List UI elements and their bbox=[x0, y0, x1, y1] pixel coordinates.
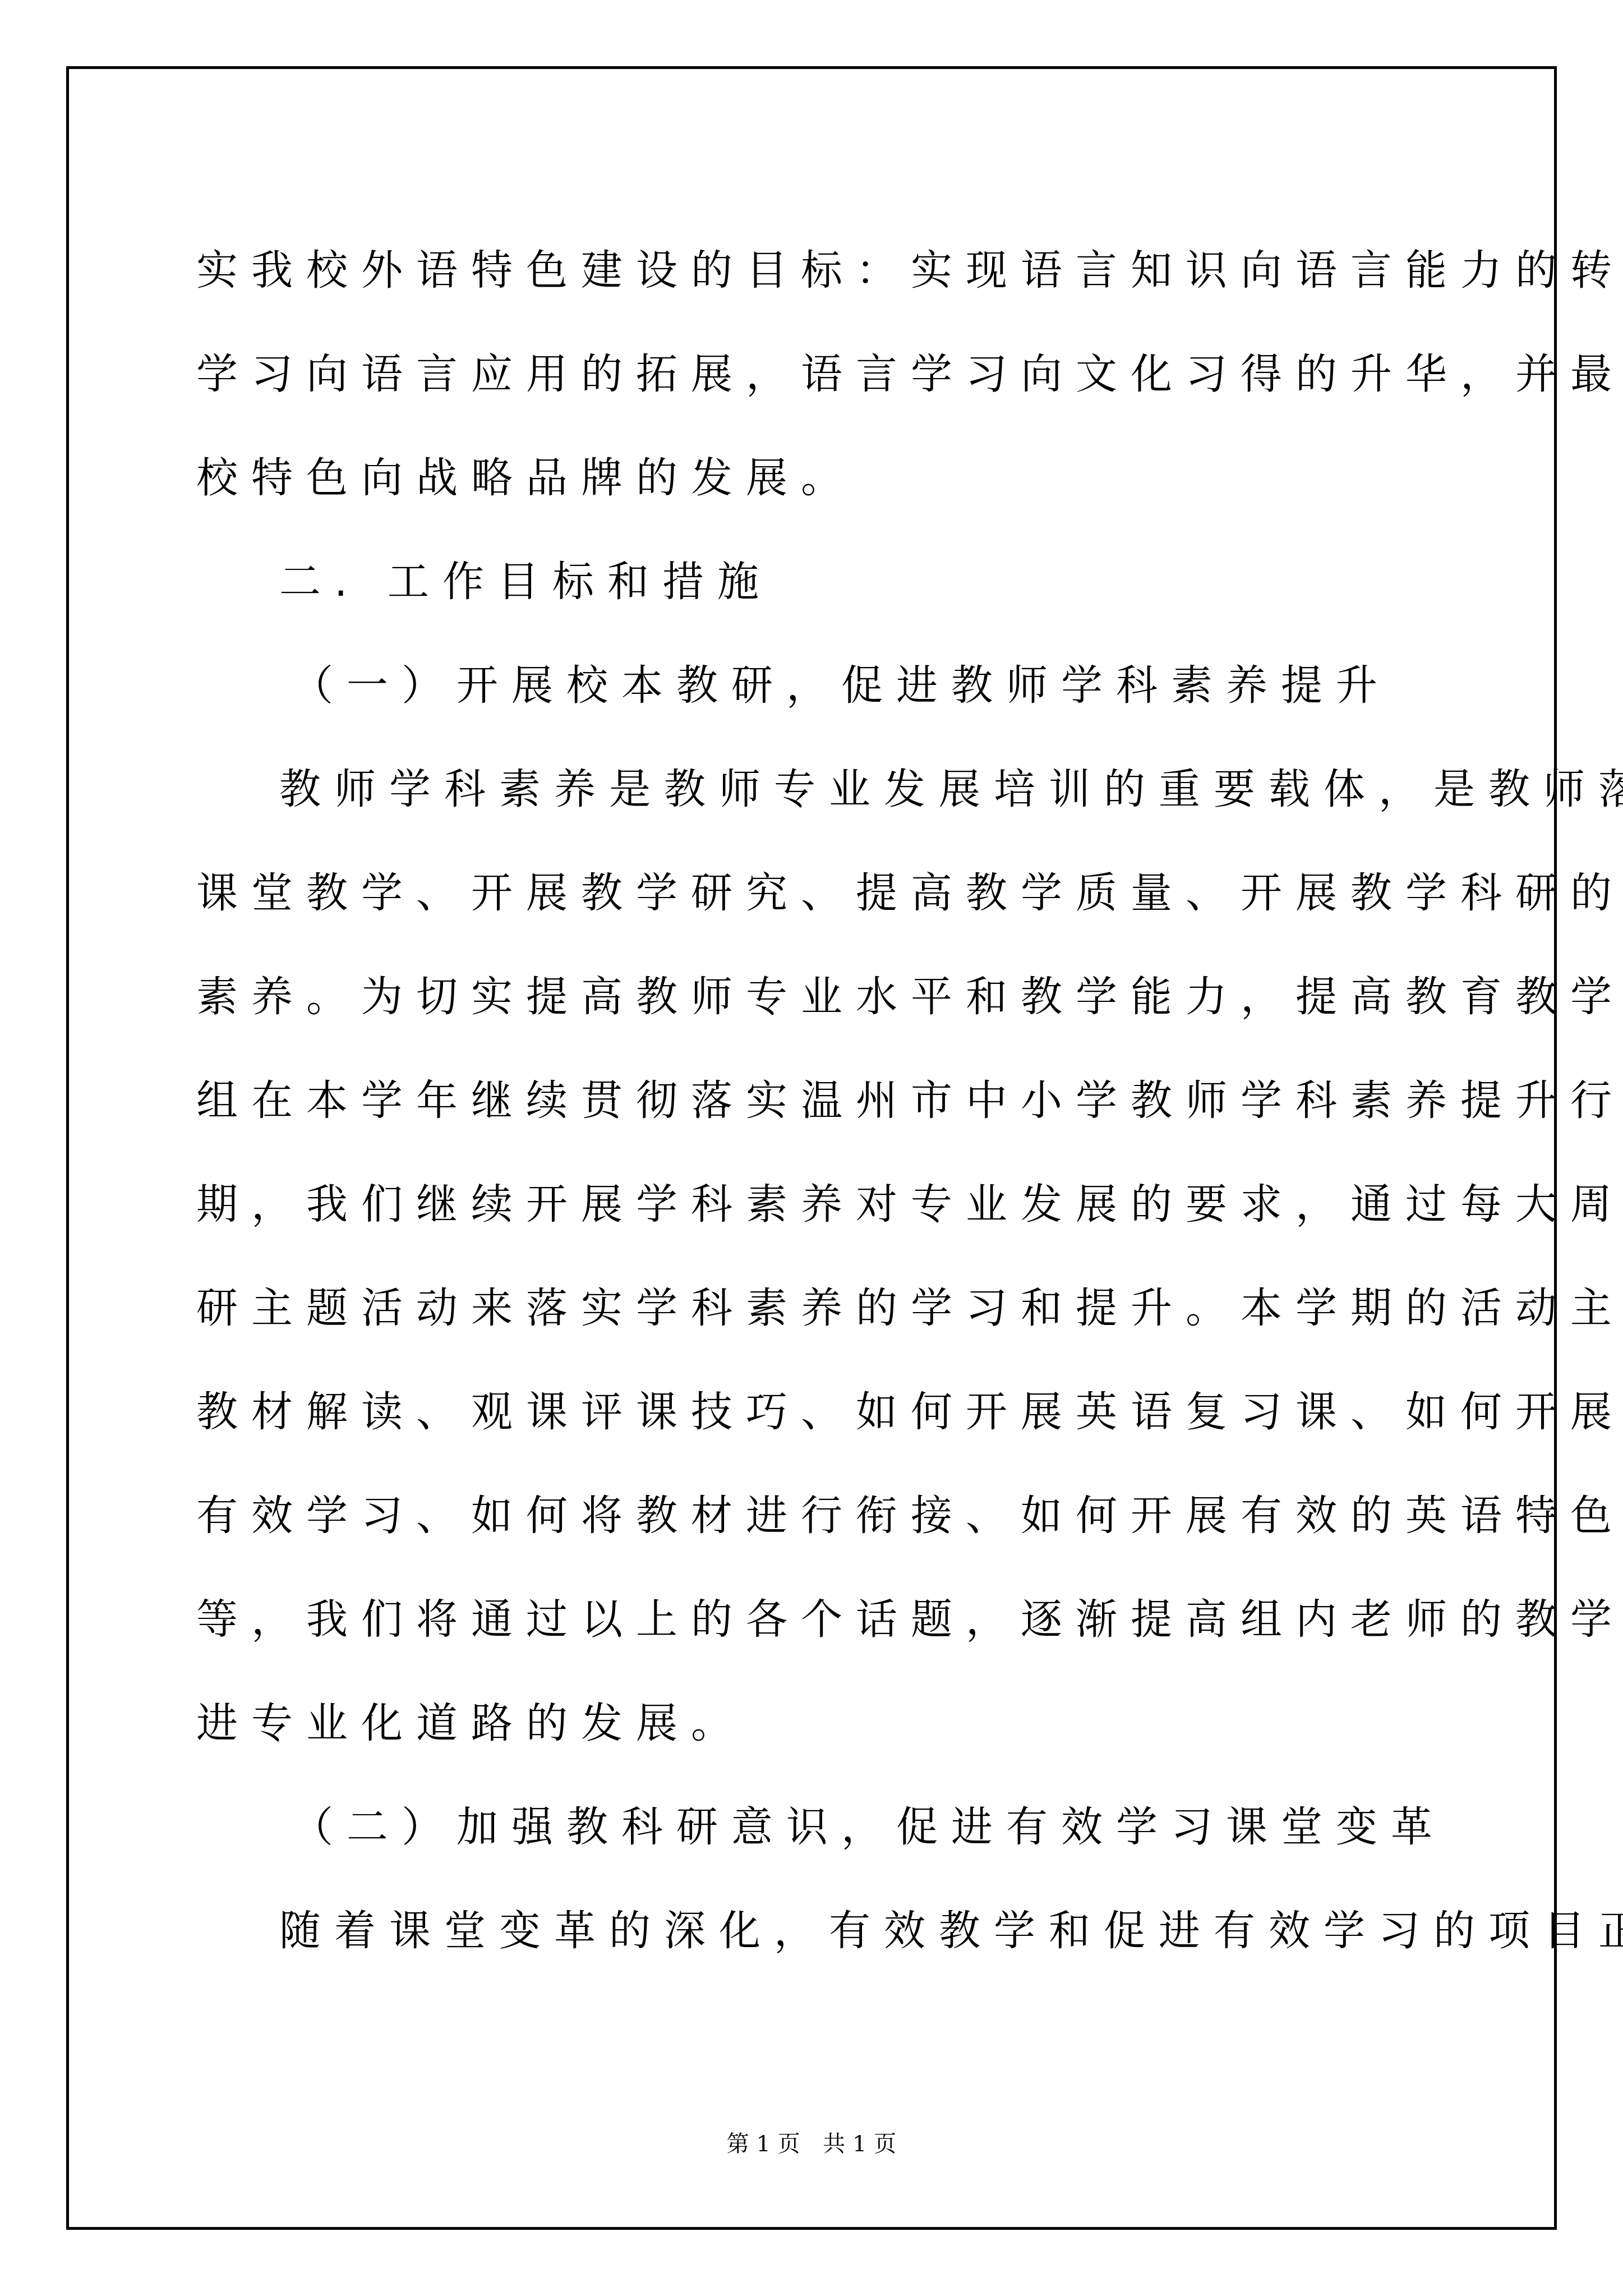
paragraph-line: 素养。为切实提高教师专业水平和教学能力，提高教育教学质量，我 bbox=[196, 945, 1430, 1049]
paragraph-line: 课堂教学、开展教学研究、提高教学质量、开展教学科研的基本专业 bbox=[196, 841, 1430, 945]
paragraph-line: 进专业化道路的发展。 bbox=[196, 1672, 1430, 1775]
page-number-current: 第 1 页 bbox=[727, 2131, 800, 2157]
page-number-total: 共 1 页 bbox=[823, 2131, 896, 2157]
paragraph-line: 教材解读、观课评课技巧、如何开展英语复习课、如何开展小学英语 bbox=[196, 1360, 1430, 1464]
paragraph-line: 实我校外语特色建设的目标：实现语言知识向语言能力的转化，语言 bbox=[196, 219, 1430, 323]
paragraph-line: 随着课堂变革的深化，有效教学和促进有效学习的项目正在逐步 bbox=[196, 1879, 1430, 1983]
paragraph-line: 校特色向战略品牌的发展。 bbox=[196, 426, 1430, 530]
paragraph-line: 组在本学年继续贯彻落实温州市中小学教师学科素养提升行动。本学 bbox=[196, 1049, 1430, 1153]
paragraph-line: 研主题活动来落实学科素养的学习和提升。本学期的活动主题主要从 bbox=[196, 1257, 1430, 1360]
page-footer: 第 1 页 共 1 页 bbox=[0, 2126, 1623, 2158]
subsection-heading: （一）开展校本教研，促进教师学科素养提升 bbox=[196, 634, 1430, 738]
document-body: 实我校外语特色建设的目标：实现语言知识向语言能力的转化，语言 学习向语言应用的拓… bbox=[196, 219, 1430, 1983]
paragraph-line: 学习向语言应用的拓展，语言学习向文化习得的升华，并最终实现学 bbox=[196, 323, 1430, 426]
paragraph-line: 教师学科素养是教师专业发展培训的重要载体，是教师落实有效 bbox=[196, 738, 1430, 841]
section-heading: 二. 工作目标和措施 bbox=[196, 530, 1430, 634]
subsection-heading: （二）加强教科研意识，促进有效学习课堂变革 bbox=[196, 1775, 1430, 1879]
paragraph-line: 等，我们将通过以上的各个话题，逐渐提高组内老师的教学水平，促 bbox=[196, 1568, 1430, 1672]
paragraph-line: 有效学习、如何将教材进行衔接、如何开展有效的英语特色展示活动 bbox=[196, 1464, 1430, 1568]
paragraph-line: 期，我们继续开展学科素养对专业发展的要求，通过每大周的校本教 bbox=[196, 1153, 1430, 1257]
